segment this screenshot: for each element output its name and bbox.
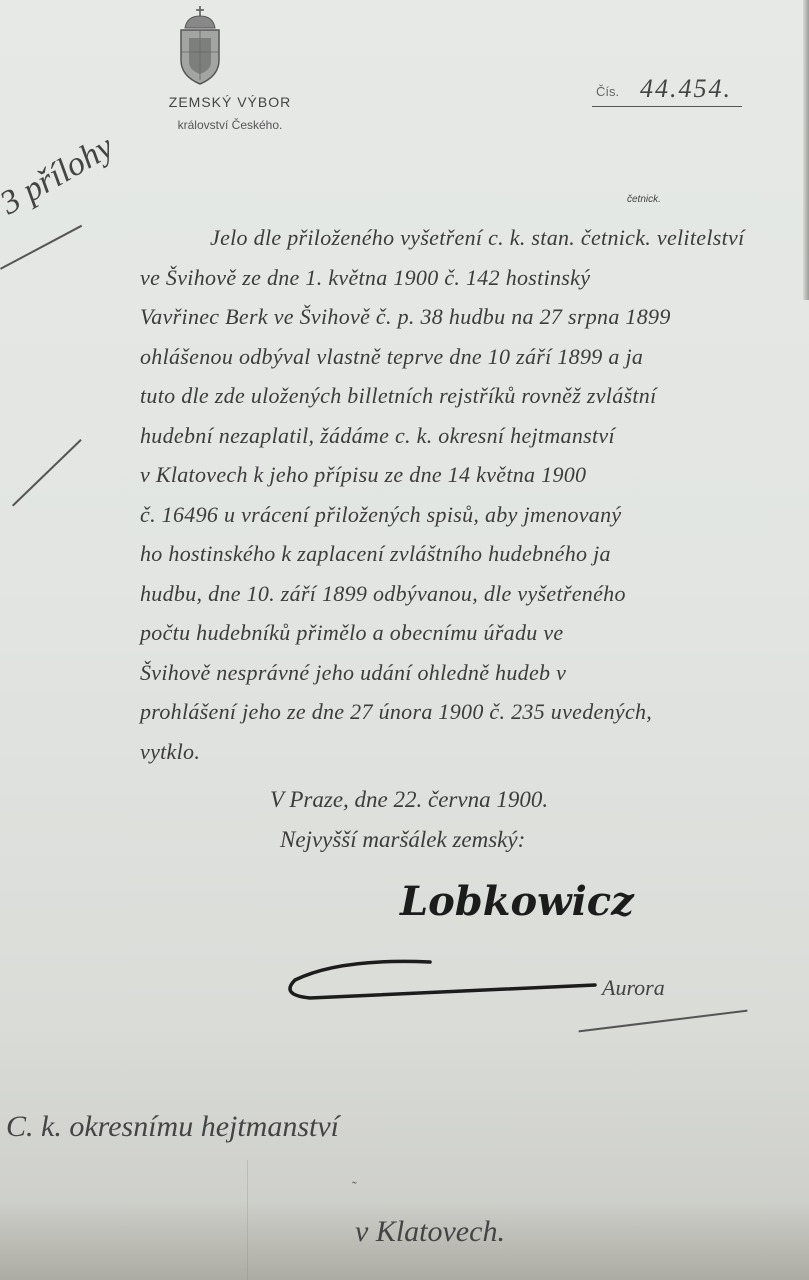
margin-slash-mark xyxy=(12,439,82,506)
body-line: Švihově nesprávné jeho udání ohledně hud… xyxy=(140,653,800,693)
body-line: Jelo dle přiloženého vyšetření c. k. sta… xyxy=(140,218,800,258)
body-line: prohlášení jeho ze dne 27 února 1900 č. … xyxy=(140,692,800,732)
closing-block: V Praze, dne 22. června 1900. Nejvyšší m… xyxy=(270,780,548,860)
letterhead-title: ZEMSKÝ VÝBOR xyxy=(150,94,310,110)
letterhead-subtitle: království Českého. xyxy=(150,118,310,132)
body-line: hudbu, dne 10. září 1899 odbývanou, dle … xyxy=(140,574,800,614)
letter-body: Jelo dle přiloženého vyšetření c. k. sta… xyxy=(140,218,800,771)
body-line: č. 16496 u vrácení přiložených spisů, ab… xyxy=(140,495,800,535)
reference-label: Čís. xyxy=(596,84,619,99)
body-line: hudební nezaplatil, žádáme c. k. okresní… xyxy=(140,416,800,456)
body-line: ho hostinského k zaplacení zvláštního hu… xyxy=(140,534,800,574)
place-date: V Praze, dne 22. června 1900. xyxy=(270,780,548,820)
recipient-place: v Klatovech. xyxy=(355,1215,505,1249)
recipient-address: C. k. okresnímu hejtmanství xyxy=(6,1110,339,1144)
text-insertion: četnick. xyxy=(627,194,661,205)
margin-note-attachments: 3 přílohy xyxy=(0,128,120,223)
body-line: ve Švihově ze dne 1. května 1900 č. 142 … xyxy=(140,258,800,298)
reference-number: Čís. 44.454. xyxy=(592,76,742,107)
signature-flourish xyxy=(280,940,600,1010)
margin-note-underline xyxy=(0,225,82,270)
signatory-title: Nejvyšší maršálek zemský: xyxy=(270,820,548,860)
primary-signature: Lobkowicz xyxy=(400,878,634,925)
body-line: tuto dle zde uložených billetních rejstř… xyxy=(140,376,800,416)
page-edge xyxy=(803,0,809,300)
tick-mark: ˜ xyxy=(352,1180,357,1196)
secondary-signature: Aurora xyxy=(602,975,665,1001)
body-line: počtu hudebníků přimělo a obecnímu úřadu… xyxy=(140,613,800,653)
body-line: ohlášenou odbýval vlastně teprve dne 10 … xyxy=(140,337,800,377)
body-line: Vavřinec Berk ve Švihově č. p. 38 hudbu … xyxy=(140,297,800,337)
body-line: v Klatovech k jeho přípisu ze dne 14 kvě… xyxy=(140,455,800,495)
reference-value: 44.454. xyxy=(640,74,732,104)
coat-of-arms-icon xyxy=(175,6,225,86)
body-line: vytklo. xyxy=(140,732,800,772)
document-page: ZEMSKÝ VÝBOR království Českého. Čís. 44… xyxy=(0,0,809,1280)
secondary-signature-underline xyxy=(579,1010,748,1032)
